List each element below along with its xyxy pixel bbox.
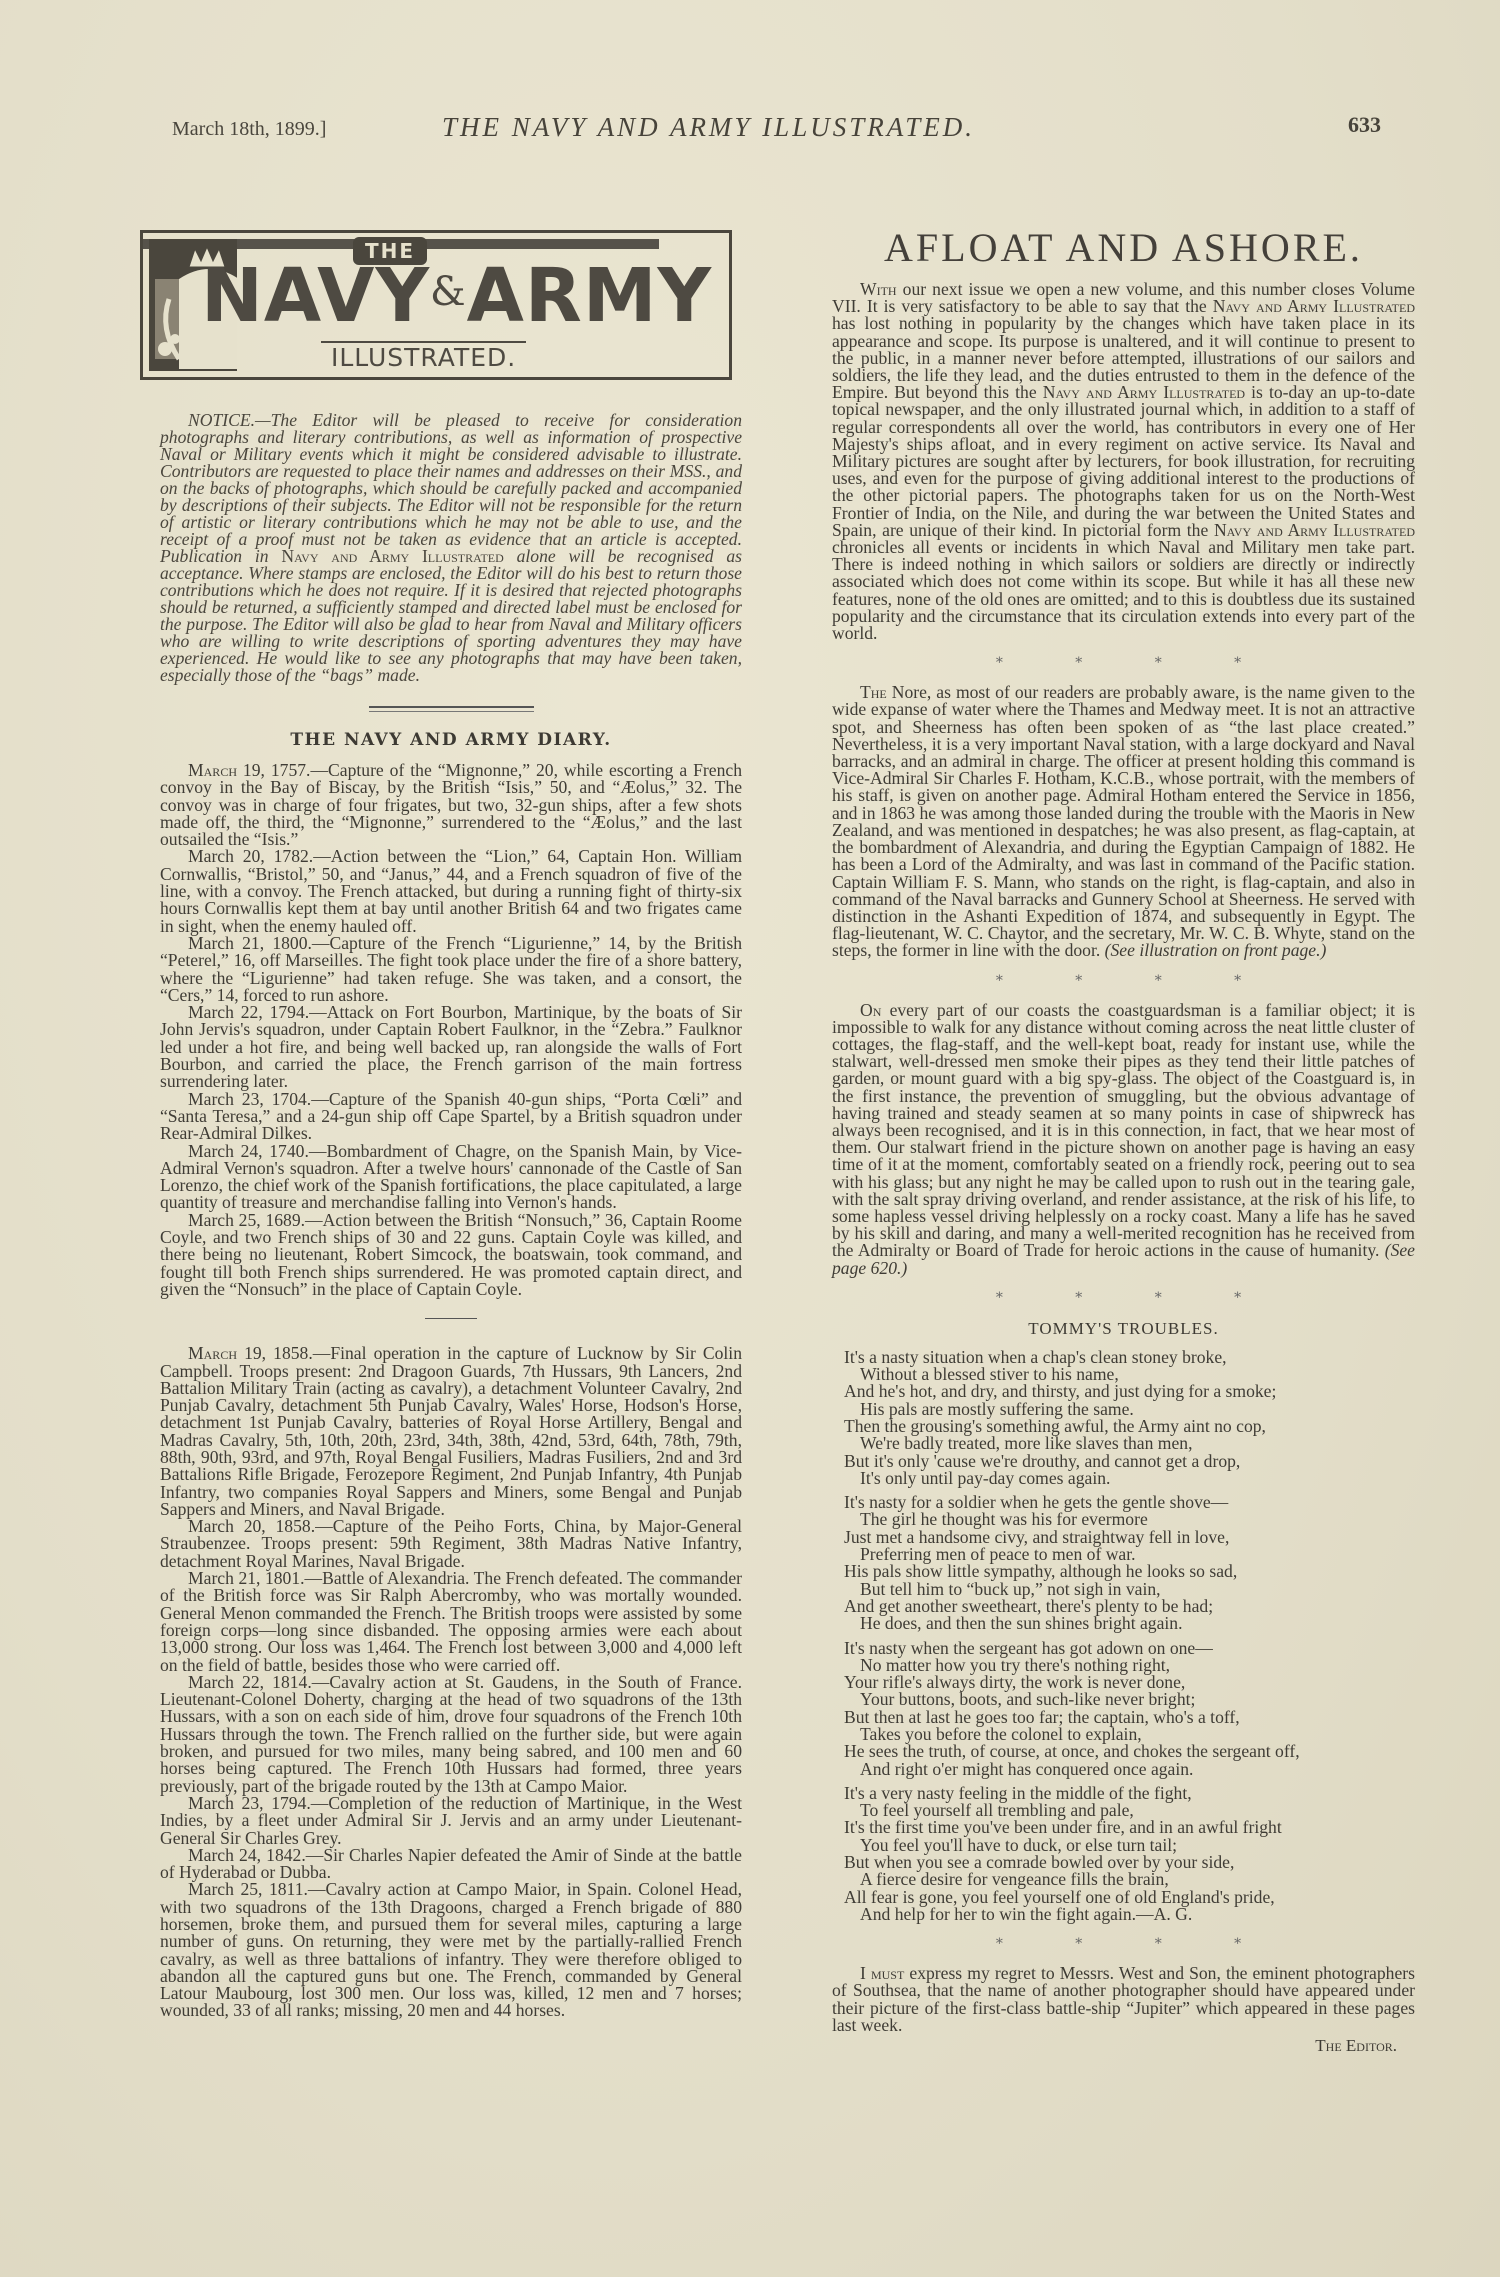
asterism-divider: * * * * [856,1290,1415,1306]
diary-entry: March 21, 1800.—Capture of the French “L… [160,935,742,1004]
page-number: 633 [1348,112,1381,138]
diary-entry: March 22, 1794.—Attack on Fort Bourbon, … [160,1004,742,1090]
military-diary-entries: March 19, 1858.—Final operation in the c… [160,1345,742,2020]
diary-entry: March 22, 1814.—Cavalry action at St. Ga… [160,1674,742,1795]
diary-entry: March 24, 1842.—Sir Charles Napier defea… [160,1847,742,1882]
right-column: AFLOAT AND ASHORE. With our next issue w… [832,220,1415,2056]
diary-entry: March 25, 1689.—Action between the Briti… [160,1212,742,1298]
poem-line: It's only until pay-day comes again. [844,1470,1415,1487]
asterism-divider: * * * * [856,1936,1415,1952]
poem-line: We're badly treated, more like slaves th… [844,1435,1415,1452]
diary-entry: March 24, 1740.—Bombardment of Chagre, o… [160,1143,742,1212]
editor-signature: The Editor. [832,2036,1397,2056]
poem-stanza: It's a very nasty feeling in the middle … [844,1785,1415,1923]
section-divider [369,706,534,712]
diary-entry: March 19, 1858.—Final operation in the c… [160,1345,742,1518]
diary-entry: March 23, 1794.—Completion of the reduct… [160,1795,742,1847]
poem-line: He sees the truth, of course, at once, a… [844,1743,1415,1760]
publication-title: THE NAVY AND ARMY ILLUSTRATED. [442,112,975,143]
editor-notice: NOTICE.—The Editor will be pleased to re… [160,412,742,684]
diary-entry: March 19, 1757.—Capture of the “Mignonne… [160,762,742,848]
masthead-title: NAVY&ARMY [201,259,712,333]
running-head: March 18th, 1899.] THE NAVY AND ARMY ILL… [0,112,1500,152]
poem-line: And right o'er might has conquered once … [844,1761,1415,1778]
poem-line: And help for her to win the fight again.… [844,1906,1415,1923]
poem-stanza: It's a nasty situation when a chap's cle… [844,1349,1415,1487]
poem-body: It's a nasty situation when a chap's cle… [832,1349,1415,1924]
diary-entry: March 20, 1858.—Capture of the Peiho For… [160,1518,742,1570]
poem-stanza: It's nasty for a soldier when he gets th… [844,1494,1415,1632]
article-paragraph-nore: The Nore, as most of our readers are pro… [832,684,1415,959]
poem-line: He does, and then the sun shines bright … [844,1615,1415,1632]
diary-divider [425,1318,477,1319]
article-paragraph-apology: I must express my regret to Messrs. West… [832,1965,1415,2034]
article-paragraph-coastguard: On every part of our coasts the coastgua… [832,1002,1415,1277]
diary-entry: March 23, 1704.—Capture of the Spanish 4… [160,1091,742,1143]
diary-entry: March 20, 1782.—Action between the “Lion… [160,848,742,934]
asterism-divider: * * * * [856,655,1415,671]
poem-stanza: It's nasty when the sergeant has got ado… [844,1640,1415,1778]
issue-date: March 18th, 1899.] [172,118,326,141]
diary-entry: March 25, 1811.—Cavalry action at Campo … [160,1881,742,2019]
poem-title: TOMMY'S TROUBLES. [832,1319,1415,1339]
naval-diary-entries: March 19, 1757.—Capture of the “Mignonne… [160,762,742,1298]
diary-entry-text: —Cavalry action at Campo Maior, in Spain… [160,1879,742,2020]
diary-entry-text: —Final operation in the capture of Luckn… [160,1343,742,1519]
masthead-logo: THE NAVY&ARMY ILLUSTRATED. [140,230,732,380]
article-paragraph-volume: With our next issue we open a new volume… [832,281,1415,642]
article-title: AFLOAT AND ASHORE. [832,224,1415,271]
diary-entry-text: —Cavalry action at St. Gaudens, in the S… [160,1672,742,1796]
masthead-subtitle: ILLUSTRATED. [321,341,526,372]
asterism-divider: * * * * [856,973,1415,989]
diary-heading: THE NAVY AND ARMY DIARY. [160,730,742,750]
diary-entry: March 21, 1801.—Battle of Alexandria. Th… [160,1570,742,1674]
left-column: THE NAVY&ARMY ILLUSTRATED. NOTICE.—The E… [160,230,742,2020]
